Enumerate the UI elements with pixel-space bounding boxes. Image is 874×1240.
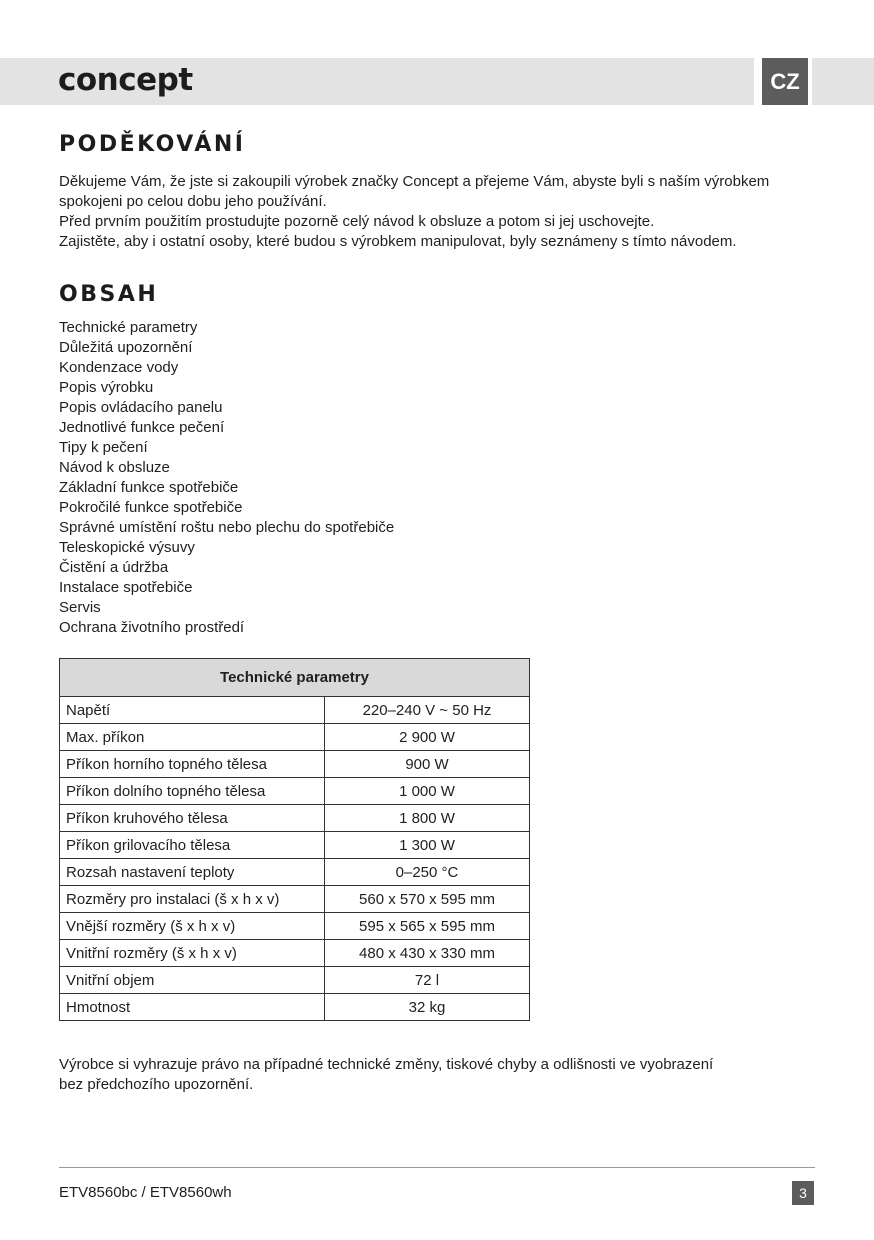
- spec-label: Příkon grilovacího tělesa: [60, 832, 325, 859]
- table-row: Rozsah nastavení teploty0–250 °C: [60, 859, 530, 886]
- thanks-text: Děkujeme Vám, že jste si zakoupili výrob…: [59, 172, 819, 252]
- page-number: 3: [792, 1181, 814, 1205]
- header-bar-right: [812, 58, 874, 105]
- table-row: Vnitřní objem72 l: [60, 967, 530, 994]
- spec-label: Rozměry pro instalaci (š x h x v): [60, 886, 325, 913]
- spec-label: Vnější rozměry (š x h x v): [60, 913, 325, 940]
- spec-label: Příkon dolního topného tělesa: [60, 778, 325, 805]
- spec-label: Max. příkon: [60, 724, 325, 751]
- toc-item: Správné umístění roštu nebo plechu do sp…: [59, 518, 394, 538]
- toc-item: Důležitá upozornění: [59, 338, 394, 358]
- spec-value: 1 800 W: [325, 805, 530, 832]
- thanks-heading: PODĚKOVÁNÍ: [59, 132, 245, 157]
- spec-value: 595 x 565 x 595 mm: [325, 913, 530, 940]
- spec-value: 480 x 430 x 330 mm: [325, 940, 530, 967]
- thanks-line: Před prvním použitím prostudujte pozorně…: [59, 212, 819, 232]
- toc-item: Čistění a údržba: [59, 558, 394, 578]
- toc-item: Popis ovládacího panelu: [59, 398, 394, 418]
- table-row: Vnitřní rozměry (š x h x v)480 x 430 x 3…: [60, 940, 530, 967]
- spec-value: 560 x 570 x 595 mm: [325, 886, 530, 913]
- disclaimer-line: Výrobce si vyhrazuje právo na případné t…: [59, 1055, 819, 1075]
- specs-table-title: Technické parametry: [60, 659, 530, 697]
- spec-label: Příkon kruhového tělesa: [60, 805, 325, 832]
- spec-value: 900 W: [325, 751, 530, 778]
- contents-heading: OBSAH: [59, 282, 158, 307]
- language-badge: CZ: [762, 58, 808, 105]
- table-row: Napětí220–240 V ~ 50 Hz: [60, 697, 530, 724]
- table-row: Hmotnost32 kg: [60, 994, 530, 1021]
- thanks-line: spokojeni po celou dobu jeho používání.: [59, 192, 819, 212]
- thanks-line: Zajistěte, aby i ostatní osoby, které bu…: [59, 232, 819, 252]
- spec-label: Vnitřní rozměry (š x h x v): [60, 940, 325, 967]
- table-row: Příkon kruhového tělesa1 800 W: [60, 805, 530, 832]
- toc-item: Návod k obsluze: [59, 458, 394, 478]
- toc-item: Popis výrobku: [59, 378, 394, 398]
- toc-item: Tipy k pečení: [59, 438, 394, 458]
- spec-label: Napětí: [60, 697, 325, 724]
- table-row: Rozměry pro instalaci (š x h x v)560 x 5…: [60, 886, 530, 913]
- toc-item: Teleskopické výsuvy: [59, 538, 394, 558]
- toc-item: Základní funkce spotřebiče: [59, 478, 394, 498]
- toc-item: Pokročilé funkce spotřebiče: [59, 498, 394, 518]
- spec-value: 0–250 °C: [325, 859, 530, 886]
- toc-item: Kondenzace vody: [59, 358, 394, 378]
- toc-item: Ochrana životního prostředí: [59, 618, 394, 638]
- table-row: Příkon horního topného tělesa900 W: [60, 751, 530, 778]
- specs-table: Technické parametry Napětí220–240 V ~ 50…: [59, 658, 530, 1021]
- table-of-contents: Technické parametryDůležitá upozorněníKo…: [59, 318, 394, 638]
- brand-logo: concept: [58, 62, 193, 98]
- disclaimer: Výrobce si vyhrazuje právo na případné t…: [59, 1055, 819, 1095]
- table-row: Příkon grilovacího tělesa1 300 W: [60, 832, 530, 859]
- footer-model: ETV8560bc / ETV8560wh: [59, 1184, 232, 1201]
- spec-label: Rozsah nastavení teploty: [60, 859, 325, 886]
- spec-value: 1 000 W: [325, 778, 530, 805]
- toc-item: Jednotlivé funkce pečení: [59, 418, 394, 438]
- thanks-line: Děkujeme Vám, že jste si zakoupili výrob…: [59, 172, 819, 192]
- spec-label: Vnitřní objem: [60, 967, 325, 994]
- footer-divider: [59, 1167, 815, 1168]
- toc-item: Servis: [59, 598, 394, 618]
- table-row: Vnější rozměry (š x h x v)595 x 565 x 59…: [60, 913, 530, 940]
- spec-value: 2 900 W: [325, 724, 530, 751]
- spec-label: Hmotnost: [60, 994, 325, 1021]
- spec-value: 32 kg: [325, 994, 530, 1021]
- toc-item: Technické parametry: [59, 318, 394, 338]
- spec-value: 220–240 V ~ 50 Hz: [325, 697, 530, 724]
- disclaimer-line: bez předchozího upozornění.: [59, 1075, 819, 1095]
- table-row: Max. příkon2 900 W: [60, 724, 530, 751]
- toc-item: Instalace spotřebiče: [59, 578, 394, 598]
- spec-label: Příkon horního topného tělesa: [60, 751, 325, 778]
- table-row: Příkon dolního topného tělesa1 000 W: [60, 778, 530, 805]
- spec-value: 1 300 W: [325, 832, 530, 859]
- spec-value: 72 l: [325, 967, 530, 994]
